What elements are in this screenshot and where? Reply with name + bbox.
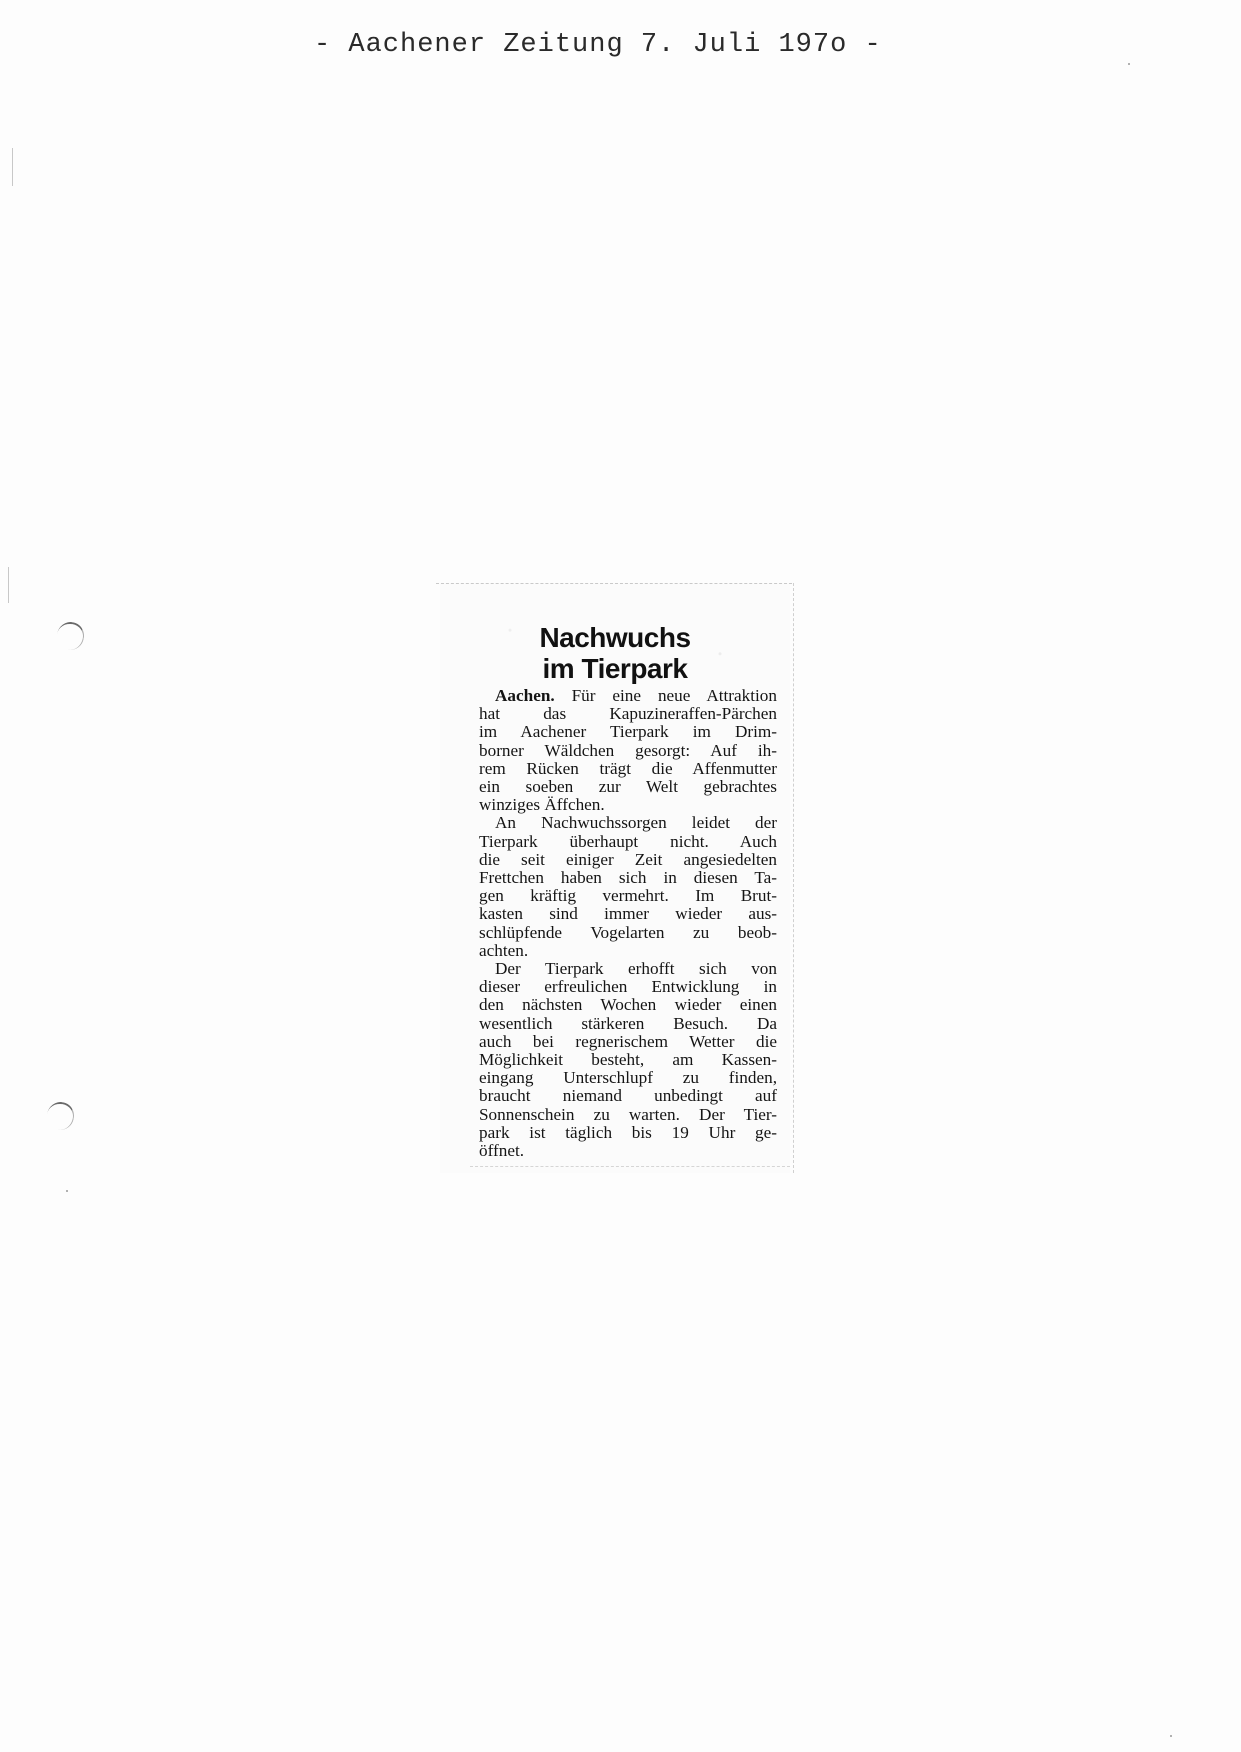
article-line: eingang Unterschlupf zu finden, [479, 1069, 777, 1087]
article-line: Der Tierpark erhofft sich von [479, 960, 777, 978]
margin-mark-middle [8, 567, 9, 603]
article-body: Aachen. Für eine neue Attraktion hat das… [479, 687, 777, 1160]
article-line: Möglichkeit besteht, am Kassen- [479, 1051, 777, 1069]
paragraph-2: An Nachwuchssorgen leidet der Tierpark ü… [479, 814, 777, 960]
article-headline: Nachwuchs im Tierpark [440, 622, 790, 684]
punch-hole-mark-upper [55, 620, 86, 652]
margin-mark-top [12, 148, 13, 186]
paragraph-3: Der Tierpark erhofft sich von dieser erf… [479, 960, 777, 1160]
clipping-edge-top [436, 583, 792, 585]
article-line: auch bei regnerischem Wetter die [479, 1033, 777, 1051]
article-line: An Nachwuchssorgen leidet der [479, 814, 777, 832]
headline-line-2: im Tierpark [440, 653, 790, 684]
article-line: kasten sind immer wieder aus- [479, 905, 777, 923]
article-line: winziges Äffchen. [479, 796, 777, 814]
scan-speck [1170, 1735, 1172, 1737]
scanned-page: - Aachener Zeitung 7. Juli 197o - Nachwu… [0, 0, 1241, 1752]
article-line: im Aachener Tierpark im Drim- [479, 723, 777, 741]
clipping-edge-right [793, 583, 795, 1173]
article-line: braucht niemand unbedingt auf [479, 1087, 777, 1105]
article-line: hat das Kapuzineraffen-Pärchen [479, 705, 777, 723]
punch-hole-mark-lower [45, 1100, 76, 1132]
article-line: park ist täglich bis 19 Uhr ge- [479, 1124, 777, 1142]
scan-speck [66, 1190, 68, 1192]
clipping-edge-bottom [470, 1166, 790, 1168]
article-line: ein soeben zur Welt gebrachtes [479, 778, 777, 796]
dateline: Aachen. [495, 686, 555, 705]
article-line: den nächsten Wochen wieder einen [479, 996, 777, 1014]
headline-line-1: Nachwuchs [440, 622, 790, 653]
scan-speck [1128, 63, 1130, 65]
article-line: die seit einiger Zeit angesiedelten [479, 851, 777, 869]
article-line: gen kräftig vermehrt. Im Brut- [479, 887, 777, 905]
article-line: Aachen. Für eine neue Attraktion [479, 687, 777, 705]
typed-source-caption: - Aachener Zeitung 7. Juli 197o - [314, 30, 882, 60]
article-line: Sonnenschein zu warten. Der Tier- [479, 1106, 777, 1124]
article-line: achten. [479, 942, 777, 960]
article-line: schlüpfende Vogelarten zu beob- [479, 924, 777, 942]
article-line: dieser erfreulichen Entwicklung in [479, 978, 777, 996]
article-line: borner Wäldchen gesorgt: Auf ih- [479, 742, 777, 760]
paragraph-1: Aachen. Für eine neue Attraktion hat das… [479, 687, 777, 814]
article-line: wesentlich stärkeren Besuch. Da [479, 1015, 777, 1033]
article-line: rem Rücken trägt die Affenmutter [479, 760, 777, 778]
article-line: Frettchen haben sich in diesen Ta- [479, 869, 777, 887]
article-line: öffnet. [479, 1142, 777, 1160]
article-line: Tierpark überhaupt nicht. Auch [479, 833, 777, 851]
